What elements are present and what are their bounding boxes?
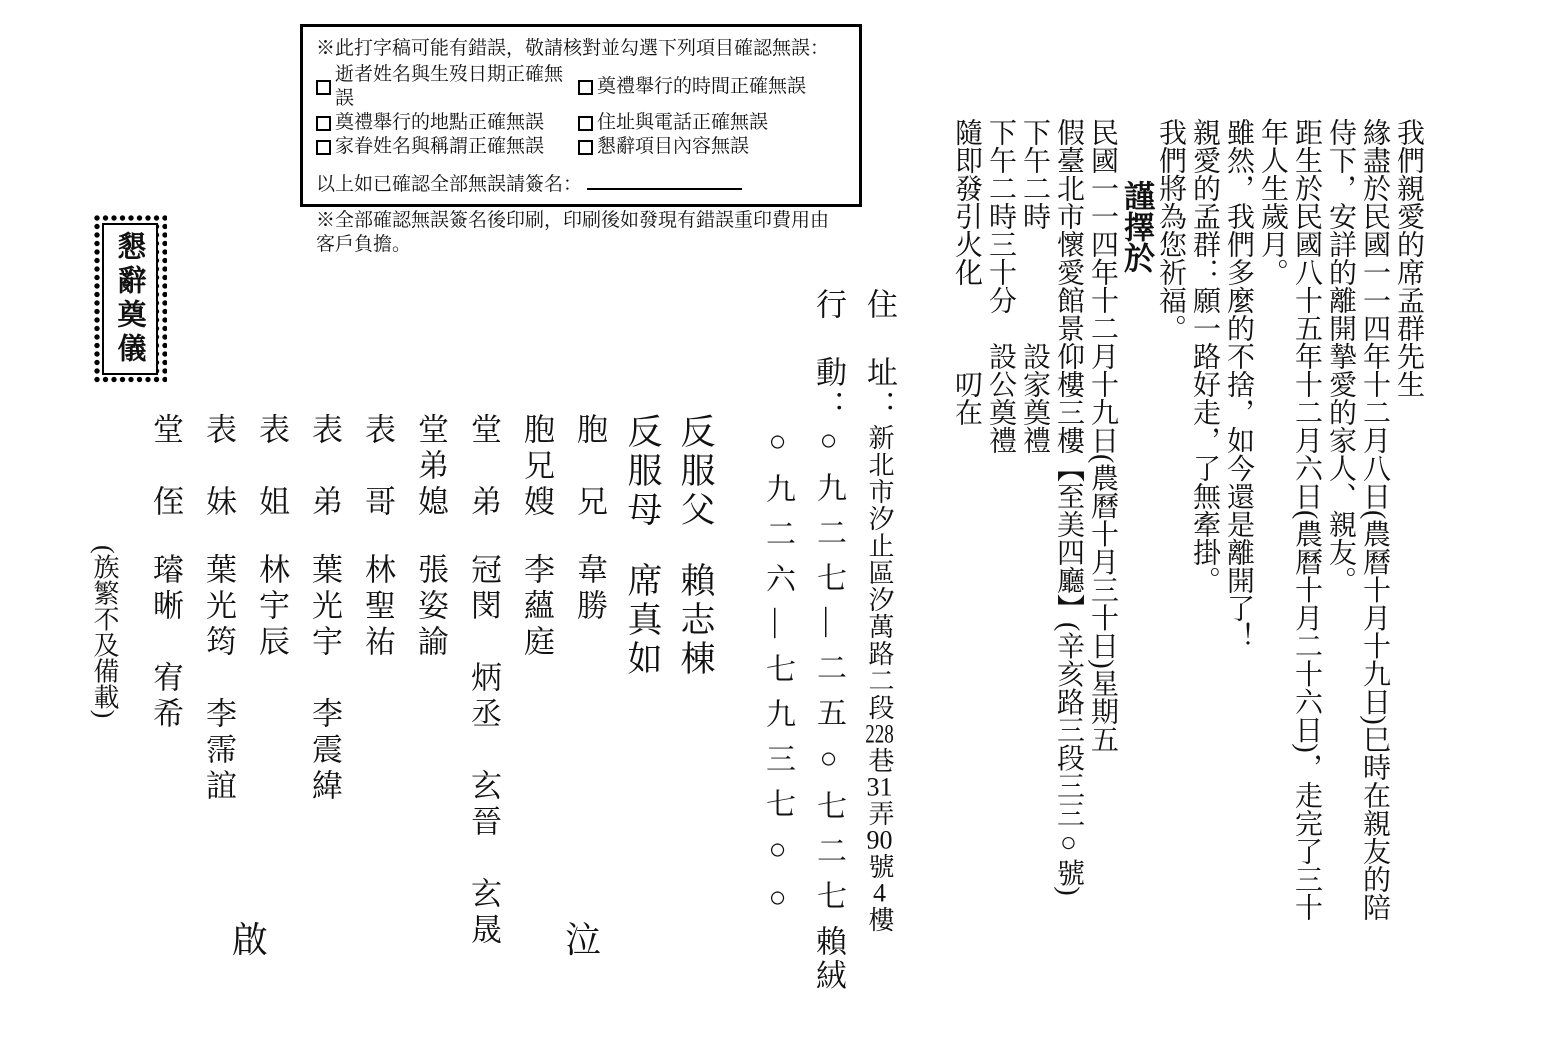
checklist-item-label: 家眷姓名與稱謂正確無誤 — [335, 135, 544, 159]
contact-block: 住 址：新北市汐止區汐萬路二段228巷31弄90號4樓 行 動：○九二七—二五○… — [752, 288, 905, 1033]
proof-title: ※此打字稿可能有錯誤，敬請核對並勾選下列項目確認無誤： — [316, 37, 846, 61]
mobile-column-2: ○九二六—七九三七○○ — [752, 288, 803, 1033]
family-block: 反服父賴志棟 反服母席真如 胞 兄韋勝 胞兄嫂李蘊庭 堂 弟冠閔 炳丞 玄晉 玄… — [139, 413, 722, 1023]
checklist-item[interactable]: 懇辭項目內容無誤 — [578, 135, 846, 159]
checklist-item-label: 懇辭項目內容無誤 — [597, 135, 749, 159]
signature-line[interactable] — [587, 174, 742, 190]
relation-label: 胞 兄 — [572, 413, 607, 521]
mobile-number-2: ○九二六—七九三七○○ — [761, 425, 794, 929]
announcement-column: 隨即發引火化 叨在 — [949, 118, 983, 988]
announcement-column: 侍下，安詳的離開摯愛的家人、親友。 — [1323, 118, 1357, 988]
checklist-item[interactable]: 奠禮舉行的地點正確無誤 — [316, 111, 578, 135]
weep-character: 泣 — [565, 912, 601, 963]
announce-character: 啟 — [232, 912, 268, 963]
member-names: 張姿諭 — [404, 553, 457, 661]
checkbox-icon[interactable] — [316, 80, 331, 95]
announcement-column: 距生於民國八十五年十二月六日(農曆十月二十六日)，走完了三十 — [1289, 118, 1323, 988]
announcement-column: 我們將為您祈福。 — [1153, 118, 1187, 988]
address-value: 新北市汐止區汐萬路二段228巷31弄90號4樓 — [865, 424, 894, 933]
relation-label: 堂 侄 — [148, 413, 183, 521]
family-member-column: 反服母席真如 — [616, 413, 669, 1023]
member-names: 冠閔 炳丞 玄晉 玄晟 — [457, 553, 510, 949]
family-member-column: 表 哥林聖祐 — [351, 413, 404, 1023]
relation-label: 堂 弟 — [466, 413, 501, 521]
announcement-column: 雖然，我們多麼的不捨，如今還是離開了！ — [1221, 118, 1255, 988]
condolence-seal-border: 懇辭奠儀 — [93, 214, 167, 384]
announcement-block: 我們親愛的席孟群先生 緣盡於民國一一四年十二月八日(農曆十月十九日)巳時在親友的… — [949, 118, 1425, 988]
relation-label: 堂弟媳 — [413, 413, 448, 521]
relation-label: 表 哥 — [360, 413, 395, 521]
funeral-notice-proof-page: ※此打字稿可能有錯誤，敬請核對並勾選下列項目確認無誤： 逝者姓名與生歿日期正確無… — [0, 0, 1546, 1058]
checklist-item-label: 逝者姓名與生歿日期正確無誤 — [335, 63, 578, 111]
family-member-column: 反服父賴志棟 — [669, 413, 722, 1023]
checklist-item[interactable]: 住址與電話正確無誤 — [578, 111, 846, 135]
checklist-item-label: 奠禮舉行的地點正確無誤 — [335, 111, 544, 135]
proof-checklist-box: ※此打字稿可能有錯誤，敬請核對並勾選下列項目確認無誤： 逝者姓名與生歿日期正確無… — [300, 24, 862, 207]
checklist-item-label: 奠禮舉行的時間正確無誤 — [597, 75, 806, 99]
announcement-column: 親愛的孟群：願一路好走，了無牽掛。 — [1187, 118, 1221, 988]
member-names: 韋勝 — [563, 553, 616, 625]
mobile-number-1: ○九二七—二五○七二七 — [812, 424, 845, 925]
family-member-column: 表 弟葉光宇 李震緯 — [298, 413, 351, 1023]
mobile-column: 行 動：○九二七—二五○七二七賴絨 — [803, 288, 854, 1033]
mobile-label: 行 動： — [811, 288, 846, 424]
announcement-column: 年人生歲月。 — [1255, 118, 1289, 988]
family-member-column: 胞兄嫂李蘊庭 — [510, 413, 563, 1023]
family-member-column: 堂 侄璿晰 宥希 — [139, 413, 192, 1023]
member-names: 璿晰 宥希 — [139, 553, 192, 733]
signature-row: 以上如已確認全部無誤請簽名： — [316, 173, 846, 197]
address-label: 住 址： — [862, 288, 897, 424]
relation-label: 表 姐 — [254, 413, 289, 521]
checkbox-icon[interactable] — [578, 80, 593, 95]
signature-label: 以上如已確認全部無誤請簽名： — [316, 174, 582, 195]
relation-label: 表 妹 — [201, 413, 236, 521]
checklist-item[interactable]: 奠禮舉行的時間正確無誤 — [578, 63, 846, 111]
announcement-column: 我們親愛的席孟群先生 — [1391, 118, 1425, 988]
checkbox-icon[interactable] — [316, 116, 331, 131]
checklist-item[interactable]: 逝者姓名與生歿日期正確無誤 — [316, 63, 578, 111]
mobile-contact-1: 賴絨 — [811, 925, 846, 993]
member-names: 葉光筠 李霈誼 — [192, 553, 245, 805]
announcement-column: 民國一一四年十二月十九日(農曆十月三十日)星期五 — [1085, 118, 1119, 988]
announcement-column: 緣盡於民國一一四年十二月八日(農曆十月十九日)巳時在親友的陪 — [1357, 118, 1391, 988]
checkbox-icon[interactable] — [578, 140, 593, 155]
condolence-seal-text: 懇辭奠儀 — [102, 223, 158, 375]
checklist-item-label: 住址與電話正確無誤 — [597, 111, 768, 135]
family-member-column: 堂弟媳張姿諭 — [404, 413, 457, 1023]
member-names: 李蘊庭 — [510, 553, 563, 661]
announcement-column: 下午二時三十分 設公奠禮 — [983, 118, 1017, 988]
relation-label: 反服母 — [623, 413, 662, 530]
checkbox-icon[interactable] — [578, 116, 593, 131]
relation-label: 表 弟 — [307, 413, 342, 521]
family-footnote: (族繁不及備載) — [86, 545, 123, 995]
relation-label: 反服父 — [676, 413, 715, 530]
member-names: 葉光宇 李震緯 — [298, 553, 351, 805]
family-member-column: 堂 弟冠閔 炳丞 玄晉 玄晟 — [457, 413, 510, 1023]
member-names: 席真如 — [616, 562, 669, 679]
relation-label: 胞兄嫂 — [519, 413, 554, 521]
checklist-item[interactable]: 家眷姓名與稱謂正確無誤 — [316, 135, 578, 159]
checkbox-icon[interactable] — [316, 140, 331, 155]
member-names: 林宇辰 — [245, 553, 298, 661]
announcement-column: 下午二時 設家奠禮 — [1017, 118, 1051, 988]
proof-checklist-grid: 逝者姓名與生歿日期正確無誤 奠禮舉行的時間正確無誤 奠禮舉行的地點正確無誤 住址… — [316, 63, 846, 159]
announcement-column: 假臺北市懷愛館景仰樓三樓【至美四廳】(辛亥路三段三三○號) — [1051, 118, 1085, 988]
announcement-column-emphasis: 謹擇於 — [1119, 118, 1153, 988]
member-names: 林聖祐 — [351, 553, 404, 661]
member-names: 賴志棟 — [669, 562, 722, 679]
address-column: 住 址：新北市汐止區汐萬路二段228巷31弄90號4樓 — [854, 288, 905, 1033]
proof-note: ※全部確認無誤簽名後印刷，印刷後如發現有錯誤重印費用由客戶負擔。 — [316, 209, 846, 257]
